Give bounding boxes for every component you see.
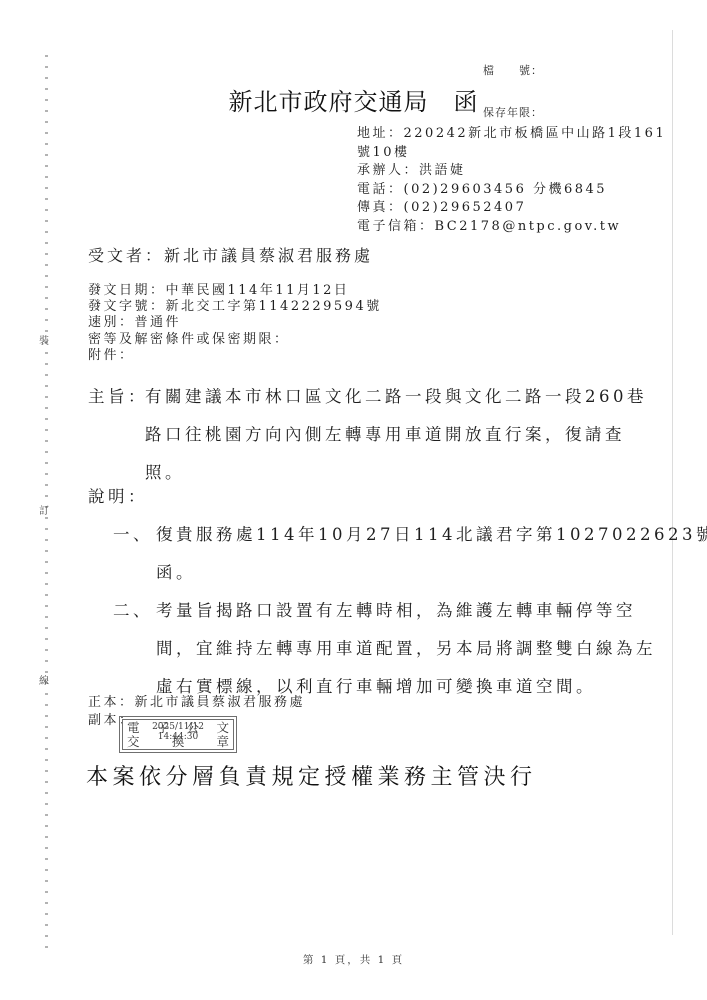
description-item-2: 二、 考量旨揭路口設置有左轉時相，為維護左轉車輛停等空 間，宜維持左轉專用車道配… (113, 592, 707, 706)
document-number: 發文字號：新北交工字第1142229594號 (88, 299, 382, 315)
subject-line: 有關建議本市林口區文化二路一段與文化二路一段260巷 (145, 378, 647, 416)
electronic-exchange-stamp: 電子公文 交換章 2025/11/12 14:44:30 (119, 716, 237, 753)
sender-fax: 傳真：(02)29652407 (357, 199, 666, 218)
sender-address-line1: 地址：220242新北市板橋區中山路1段161 (357, 125, 666, 144)
file-number-label: 檔 號： (483, 64, 543, 78)
stamp-date: 2025/11/12 (120, 722, 236, 732)
description-heading: 說明： (88, 478, 707, 516)
description-item-1: 一、 復貴服務處114年10月27日114北議君字第1027022623號 函。 (113, 516, 707, 592)
stamp-time: 14:44:30 (120, 732, 236, 742)
recipient-line: 受文者：新北市議員蔡淑君服務處 (88, 243, 373, 266)
item-number: 二、 (113, 592, 153, 630)
page-footer: 第 1 頁，共 1 頁 (0, 952, 707, 967)
sender-info-block: 地址：220242新北市板橋區中山路1段161 號10樓 承辦人：洪語婕 電話：… (357, 125, 666, 237)
subject-line: 路口往桃園方向內側左轉專用車道開放直行案，復請查 (145, 416, 647, 454)
item-number: 一、 (113, 516, 153, 554)
sender-email: 電子信箱：BC2178@ntpc.gov.tw (357, 218, 666, 237)
original-copy-line: 正本：新北市議員蔡淑君服務處 (88, 694, 305, 712)
stamp-timestamp: 2025/11/12 14:44:30 (120, 722, 236, 742)
document-title: 新北市政府交通局 函 (0, 82, 707, 117)
attachment-label: 附件： (88, 348, 382, 364)
item-line: 函。 (156, 554, 707, 592)
item-line: 復貴服務處114年10月27日114北議君字第1027022623號 (156, 516, 707, 554)
document-meta-block: 發文日期：中華民國114年11月12日 發文字號：新北交工字第114222959… (88, 283, 382, 364)
official-letter-page: 裝 訂 線 檔 號： 保存年限： 新北市政府交通局 函 地址：220242新北市… (0, 0, 707, 1000)
subject-paragraph: 主旨： 有關建議本市林口區文化二路一段與文化二路一段260巷 路口往桃園方向內側… (88, 378, 647, 492)
sender-contact-person: 承辦人：洪語婕 (357, 162, 666, 181)
binding-mark-ding: 訂 (39, 502, 49, 517)
description-section: 說明： 一、 復貴服務處114年10月27日114北議君字第1027022623… (88, 478, 707, 706)
subject-label: 主旨： (88, 378, 148, 416)
security-class: 密等及解密條件或保密期限： (88, 332, 382, 348)
sender-address-line2: 號10樓 (357, 144, 666, 163)
binding-mark-xian: 線 (39, 672, 49, 687)
binding-mark-zhuang: 裝 (39, 332, 49, 347)
item-line: 考量旨揭路口設置有左轉時相，為維護左轉車輛停等空 (156, 592, 707, 630)
speed-class: 速別：普通件 (88, 315, 382, 331)
authorization-note: 本案依分層負責規定授權業務主管決行 (86, 760, 537, 791)
issue-date: 發文日期：中華民國114年11月12日 (88, 283, 382, 299)
item-line: 間，宜維持左轉專用車道配置，另本局將調整雙白線為左 (156, 630, 707, 668)
sender-phone: 電話：(02)29603456 分機6845 (357, 181, 666, 200)
